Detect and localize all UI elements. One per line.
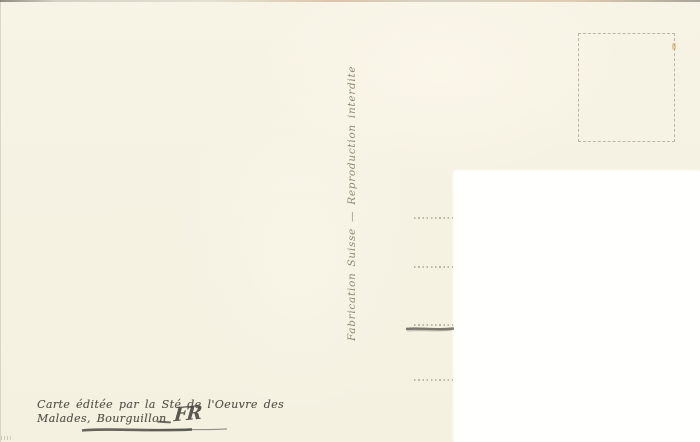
address-line	[414, 217, 453, 219]
scan-corner-mark	[1, 436, 11, 440]
stamp-box	[578, 33, 675, 142]
stamp-box-fleck	[672, 43, 676, 50]
postcard-back: Fabrication Suisse — Reproduction interd…	[0, 0, 700, 442]
pencil-smudge	[404, 323, 456, 335]
publisher-credit-line2: Malades, Bourguillon	[37, 412, 284, 426]
scan-white-region	[454, 171, 700, 442]
address-line	[414, 379, 453, 381]
scan-left-edge	[0, 0, 1, 442]
scan-top-edge	[0, 0, 700, 2]
address-line	[414, 266, 453, 268]
handwritten-note: FR	[173, 402, 202, 427]
publisher-credit-line1: Carte éditée par la Sté de l'Oeuvre des	[37, 398, 284, 412]
pencil-underline	[78, 425, 230, 435]
divider-vertical-text: Fabrication Suisse — Reproduction interd…	[345, 91, 359, 341]
